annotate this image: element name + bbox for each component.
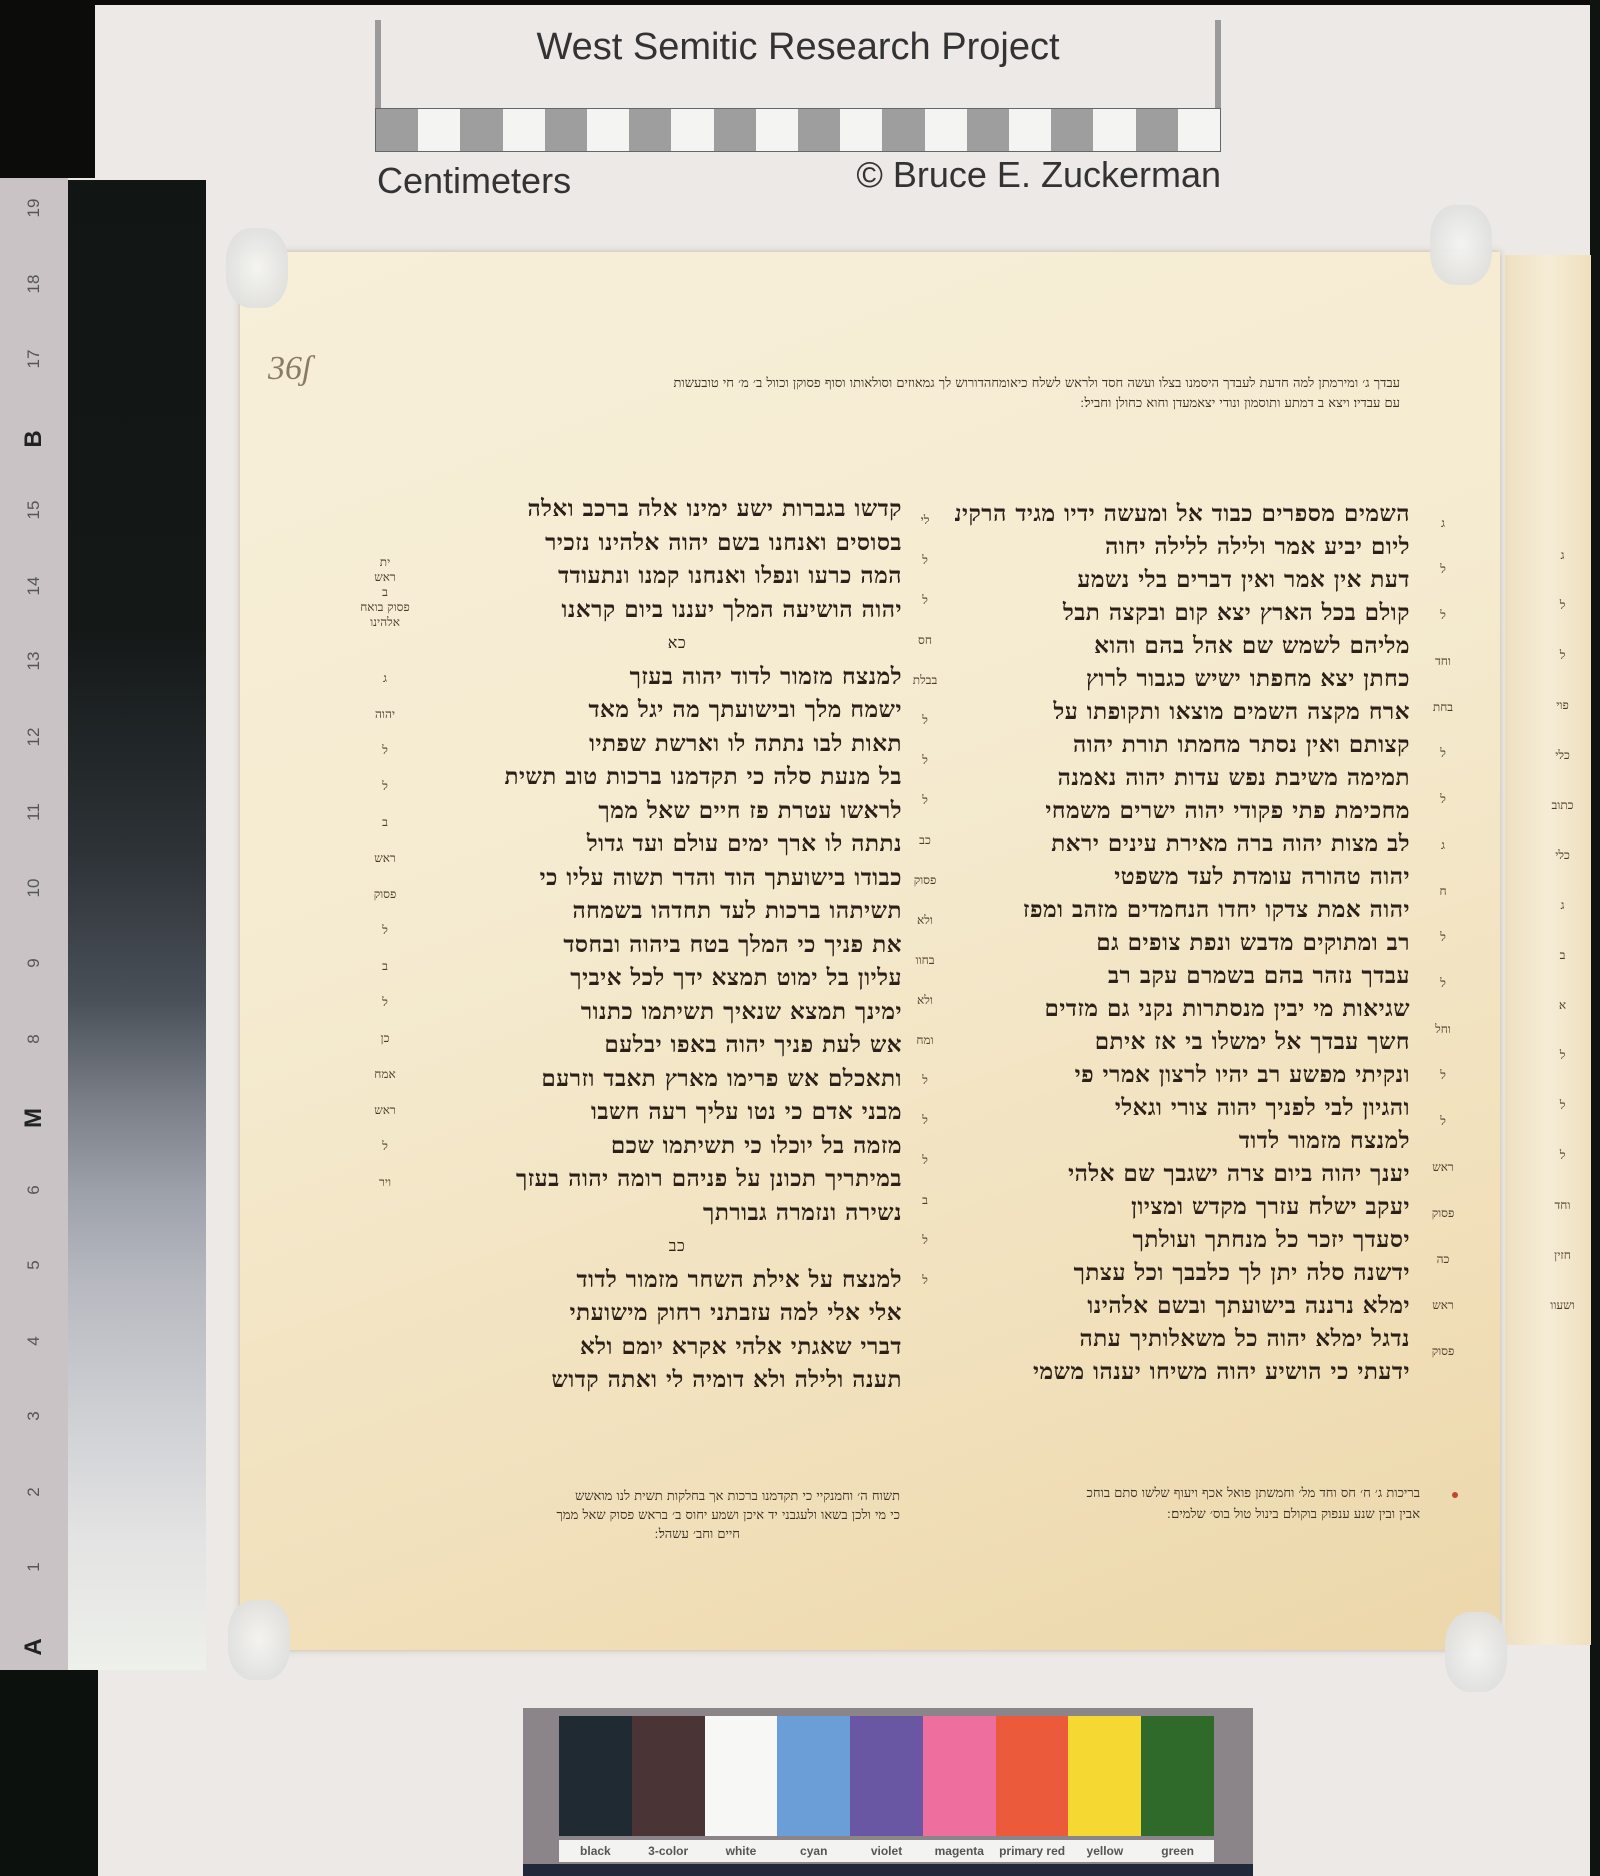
text-line: מליהם לשמש שם אהל בהם והוא <box>955 629 1410 662</box>
color-patch-label: primary red <box>996 1840 1069 1862</box>
ruler-tick-label: 13 <box>24 637 44 685</box>
ruler-tick-label: 4 <box>24 1317 44 1365</box>
ruler-tick-label: 9 <box>24 939 44 987</box>
target-base <box>523 1864 1253 1876</box>
red-dot-mark <box>1452 1492 1458 1498</box>
text-line: יהוה הושיעה המלך יעננו ביום קראנו <box>452 593 902 627</box>
margin-note: ולא <box>895 980 955 1020</box>
color-patch-label: green <box>1141 1840 1214 1862</box>
ruler-tick-label: 3 <box>24 1392 44 1440</box>
margin-note: ל <box>355 912 415 948</box>
margin-note: ל <box>1418 546 1468 592</box>
margin-note: ראש <box>355 1092 415 1128</box>
margin-note: ומח <box>895 1020 955 1060</box>
text-line: יסעדך יזכר כל מנחתך ועולתך <box>955 1223 1410 1256</box>
header-note-1: עבדך ג׳ ומירמתן למה חדעת לעבדך היסמנו בצ… <box>440 375 1400 391</box>
scale-square <box>1178 109 1220 151</box>
text-line: מזמה בל יוכלו כי תשיתמו שכם <box>452 1129 902 1163</box>
text-line: מבני אדם כי נטו עליך רעה חשבו <box>452 1095 902 1129</box>
footer-note-right-2: אבין ובין שנע ענפוק בוקולם בינול טול בוס… <box>960 1506 1420 1522</box>
ruler-tick-label: 14 <box>24 562 44 610</box>
margin-note: ג <box>1418 822 1468 868</box>
text-line: ארח מקצה השמים מוצאו ותקופתו על <box>955 695 1410 728</box>
scale-square <box>1136 109 1178 151</box>
black-corner-block <box>0 0 95 178</box>
scale-square <box>756 109 798 151</box>
text-line: ותאכלם אש פרימו מארץ תאבד וזרעם <box>452 1062 902 1096</box>
footer-note-left-2: כי מי ולכן בשאו ולעגבני יד איכן ושמע יחו… <box>440 1507 900 1523</box>
scale-square <box>629 109 671 151</box>
left-margin-notes: יתראשבפסוק בואחאלהינו <box>350 555 420 630</box>
units-label: Centimeters <box>377 160 571 202</box>
text-line: ידשנה סלה יתן לך כלבבך וכל עצתך <box>955 1256 1410 1289</box>
margin-note: בחת <box>1418 684 1468 730</box>
text-line: תשיתהו ברכות לעד תחדהו בשמחה <box>452 894 902 928</box>
margin-note: ל <box>1540 630 1585 680</box>
scale-square <box>376 109 418 151</box>
color-patch-label: cyan <box>777 1840 850 1862</box>
mount-tab <box>226 228 288 308</box>
footer-note-left-1: תשוח ה׳ וחמנקיי כי תקדמנו ברכות אך בחלקו… <box>440 1488 900 1504</box>
margin-note: ל <box>895 1260 955 1300</box>
margin-note: א <box>1540 980 1585 1030</box>
color-patch-label: magenta <box>923 1840 996 1862</box>
margin-note: ג <box>1540 880 1585 930</box>
margin-note: יהוה <box>355 696 415 732</box>
ruler-tick-label: B <box>20 415 48 463</box>
margin-note: פסוק <box>1418 1328 1468 1374</box>
text-line: למנצח מזמור לדוד יהוה בעזך <box>452 660 902 694</box>
text-line: בל מנעת סלה כי תקדמנו ברכות טוב תשית <box>452 760 902 794</box>
margin-note: ל <box>895 1100 955 1140</box>
margin-note: ב <box>1540 930 1585 980</box>
text-line: תמימה משיבת נפש עדות יהוה נאמנה <box>955 761 1410 794</box>
margin-note: ל <box>1418 592 1468 638</box>
color-patch-black <box>559 1716 632 1836</box>
margin-note: ל <box>1418 730 1468 776</box>
scale-square <box>967 109 1009 151</box>
text-line: אש לעת פניך יהוה באפו יבלעם <box>452 1028 902 1062</box>
ruler-tick-label: 6 <box>24 1166 44 1214</box>
color-patch-cyan <box>777 1716 850 1836</box>
margin-note: ל <box>1418 960 1468 1006</box>
ruler-tick-label: 5 <box>24 1241 44 1289</box>
margin-note: וחל <box>1418 1006 1468 1052</box>
frame-right-edge <box>1590 0 1600 1876</box>
text-line: כבודו בישועתך הוד והדר תשוה עליו כי <box>452 861 902 895</box>
color-patch-3-color <box>632 1716 705 1836</box>
text-line: המה כרעו ונפלו ואנחנו קמנו ונתעודד <box>452 559 902 593</box>
margin-note: ל <box>895 1140 955 1180</box>
text-line: תאות לבו נתתה לו וארשת שפתיו <box>452 727 902 761</box>
margin-note: ראש <box>350 570 420 585</box>
color-patch-yellow <box>1068 1716 1141 1836</box>
footer-note-right-1: בריכות ג׳ ח׳ חס וחד מל׳ וחמשתן פואל אכף … <box>960 1485 1420 1501</box>
text-line: ליום יביע אמר ולילה ללילה יחוה <box>955 530 1410 563</box>
ruler-tick-label: 12 <box>24 713 44 761</box>
scale-square <box>925 109 967 151</box>
color-patches <box>559 1716 1214 1836</box>
text-line: יהוה אמת צדקו יחדו הנחמדים מזהב ומפז <box>955 893 1410 926</box>
text-line: יענך יהוה ביום צרה ישגבך שם אלהי <box>955 1157 1410 1190</box>
color-patch-violet <box>850 1716 923 1836</box>
scale-square <box>503 109 545 151</box>
margin-note: ב <box>895 1180 955 1220</box>
margin-note: ולא <box>895 900 955 940</box>
margin-note: חזין <box>1540 1230 1585 1280</box>
margin-note: פסוק <box>1418 1190 1468 1236</box>
project-title: West Semitic Research Project <box>375 26 1221 69</box>
text-line: לב מצות יהוה ברה מאירת עינים יראת <box>955 827 1410 860</box>
margin-note: ל <box>1418 914 1468 960</box>
scale-square <box>418 109 460 151</box>
text-line: קדשו בגברות ישע ימינו אלה ברכב ואלה <box>452 492 902 526</box>
right-text-column: השמים מספרים כבוד אל ומעשה ידיו מגיד הרק… <box>955 497 1410 1388</box>
ruler-tick-label: 17 <box>24 335 44 383</box>
text-line: שגיאות מי יבין מנסתרות נקני גם מזדים <box>955 992 1410 1025</box>
margin-note: ל <box>895 780 955 820</box>
scale-square <box>671 109 713 151</box>
color-patch-primary-red <box>996 1716 1069 1836</box>
ruler-tick-label: 18 <box>24 260 44 308</box>
left-text-column: קדשו בגברות ישע ימינו אלה ברכב ואלהבסוסי… <box>452 492 902 1397</box>
margin-note: כה <box>1418 1236 1468 1282</box>
margin-note: ח <box>1418 868 1468 914</box>
margin-note: ב <box>355 804 415 840</box>
margin-note: ג <box>1540 530 1585 580</box>
margin-note: ג <box>1418 500 1468 546</box>
text-line: קולם בכל הארץ יצא קום ובקצה תבל <box>955 596 1410 629</box>
margin-note: ב <box>355 948 415 984</box>
text-line: חשך עבדך אל ימשלו בי אז איתם <box>955 1025 1410 1058</box>
margin-note: וחד <box>1418 638 1468 684</box>
psalm-number: כב <box>452 1229 902 1263</box>
text-line: למנצח על אילת השחר מזמור לדוד <box>452 1263 902 1297</box>
margin-note: כלי <box>1540 730 1585 780</box>
scale-square <box>714 109 756 151</box>
margin-note: פסוק <box>355 876 415 912</box>
text-line: במיתריך תכונן על פניהם רומה יהוה בעזך <box>452 1162 902 1196</box>
ruler-tick-label: 15 <box>24 486 44 534</box>
text-line: בסוסים ואנחנו בשם יהוה אלהינו נזכיר <box>452 526 902 560</box>
text-line: ימינך תמצא שנאיך תשיתמו כתנור <box>452 995 902 1029</box>
margin-note: ל <box>1540 1080 1585 1130</box>
margin-note: ל <box>1540 1130 1585 1180</box>
text-line: יהוה טהורה עומדת לעד משפטי <box>955 860 1410 893</box>
color-patch-label: 3-color <box>632 1840 705 1862</box>
text-line: נדגל ימלא יהוה כל משאלותיך עתה <box>955 1322 1410 1355</box>
ruler-tick-label: 10 <box>24 864 44 912</box>
margin-note: ל <box>1418 776 1468 822</box>
color-patch-labels: black3-colorwhitecyanvioletmagentaprimar… <box>559 1840 1214 1862</box>
text-line: מחכימת פתי פקודי יהוה ישרים משמחי <box>955 794 1410 827</box>
scale-squares <box>375 108 1221 152</box>
frame-top-edge <box>0 0 1600 5</box>
folio-number: 36ʃ <box>268 350 312 388</box>
text-line: נשירה ונזמרה גבורתך <box>452 1196 902 1230</box>
margin-note: ל <box>895 700 955 740</box>
text-line: נתתה לו ארך ימים עולם ועד גדול <box>452 827 902 861</box>
margin-note: ל <box>355 768 415 804</box>
scale-square <box>1051 109 1093 151</box>
text-line: ימלא נרננה בישועתך ובשם אלהינו <box>955 1289 1410 1322</box>
margin-note: אמח <box>355 1056 415 1092</box>
text-line: למנצח מזמור לדוד <box>955 1124 1410 1157</box>
text-line: אלי אלי למה עזבתני רחוק מישועתי <box>452 1296 902 1330</box>
margin-note: כלי <box>1540 830 1585 880</box>
ruler-tick-label: 19 <box>24 184 44 232</box>
margin-note: ל <box>355 1128 415 1164</box>
psalm-number: כא <box>452 626 902 660</box>
ruler-tick-label: M <box>20 1094 48 1142</box>
left-margin-masora: גיהוהללבראשפסוקלבלכןאמחראשלויר <box>355 660 415 1200</box>
color-patch-green <box>1141 1716 1214 1836</box>
text-line: דברי שאגתי אלהי אקרא יומם ולא <box>452 1330 902 1364</box>
margin-note: ית <box>350 555 420 570</box>
text-line: את פניך כי המלך בטח ביהוה ובחסד <box>452 928 902 962</box>
text-line: עליון בל ימוט תמצא ידך לכל איביך <box>452 961 902 995</box>
text-line: ונקיתי מפשע רב יהיו לרצון אמרי פי <box>955 1058 1410 1091</box>
text-line: ישמח מלך ובישועתך מה יגל מאד <box>452 693 902 727</box>
ruler-tick-label: 2 <box>24 1468 44 1516</box>
margin-note: פסוק בואח <box>350 600 420 615</box>
scale-square <box>882 109 924 151</box>
header-note-2: עם עבדיו׃ ויצא ב דמתע ותוסמון ונודי יצאמ… <box>440 395 1400 411</box>
margin-note: ל <box>355 732 415 768</box>
ruler-tick-label: 11 <box>24 788 44 836</box>
text-line: תענה ולילה ולא דומיה לי ואתה קדוש <box>452 1363 902 1397</box>
color-patch-label: black <box>559 1840 632 1862</box>
scale-square <box>798 109 840 151</box>
margin-note: פוי <box>1540 680 1585 730</box>
margin-note: ראש <box>1418 1282 1468 1328</box>
margin-note: בבלת <box>895 660 955 700</box>
margin-note: וחד <box>1540 1180 1585 1230</box>
margin-note: כן <box>355 1020 415 1056</box>
text-line: עבדך נזהר בהם בשמרם עקב רב <box>955 959 1410 992</box>
margin-note: ושעוו <box>1540 1280 1585 1330</box>
centimeter-ruler: 191817B15141312111098M654321A <box>0 178 68 1670</box>
text-line: והגיון לבי לפניך יהוה צורי וגאלי <box>955 1091 1410 1124</box>
margin-note: ל <box>895 580 955 620</box>
margin-note: ג <box>355 660 415 696</box>
text-line: דעת אין אמר ואין דברים בלי נשמע <box>955 563 1410 596</box>
margin-note: ב <box>350 585 420 600</box>
scale-square <box>840 109 882 151</box>
margin-note: ל <box>1418 1052 1468 1098</box>
margin-note: ויר <box>355 1164 415 1200</box>
ruler-tick-label: 8 <box>24 1015 44 1063</box>
scale-square <box>460 109 502 151</box>
scale-bar: West Semitic Research Project Centimeter… <box>375 20 1221 200</box>
black-corner-block <box>0 1670 98 1876</box>
ruler-tick-label: 1 <box>24 1543 44 1591</box>
margin-note: ראש <box>1418 1144 1468 1190</box>
margin-note: אלהינו <box>350 615 420 630</box>
color-patch-label: violet <box>850 1840 923 1862</box>
text-line: ידעתי כי הושיע יהוה משיחו יענהו משמי <box>955 1355 1410 1388</box>
text-line: קצותם ואין נסתר מחמתו תורת יהוה <box>955 728 1410 761</box>
margin-note: חס <box>895 620 955 660</box>
margin-note: כב <box>895 820 955 860</box>
right-margin-masora: גללוחדבחתללגחללוחלללראשפסוקכהראשפסוק <box>1418 500 1468 1374</box>
scale-square <box>587 109 629 151</box>
margin-note: ל <box>895 540 955 580</box>
margin-note: כתוב <box>1540 780 1585 830</box>
margin-note: ראש <box>355 840 415 876</box>
ruler-tick-label: A <box>20 1623 48 1671</box>
center-margin-masora: ליללחסבבלתלללכבפסוקולאבחווולאומחלללבלל <box>895 500 955 1300</box>
footer-note-left-3: חיים וחב׳ עשהל׃ ׃ <box>440 1526 740 1542</box>
margin-note: ל <box>895 1220 955 1260</box>
mount-tab <box>228 1600 290 1680</box>
color-calibration-target: black3-colorwhitecyanvioletmagentaprimar… <box>523 1708 1253 1876</box>
margin-note: בחוו <box>895 940 955 980</box>
margin-note: ל <box>1540 1030 1585 1080</box>
mount-tab <box>1445 1612 1507 1692</box>
next-page-masora: גללפויכליכתובכליגבאלללוחדחזיןושעוו <box>1540 530 1585 1330</box>
color-patch-label: yellow <box>1068 1840 1141 1862</box>
margin-note: לי <box>895 500 955 540</box>
mount-tab <box>1430 205 1492 285</box>
margin-note: ל <box>355 984 415 1020</box>
text-line: השמים מספרים כבוד אל ומעשה ידיו מגיד הרק… <box>955 497 1410 530</box>
scale-square <box>1009 109 1051 151</box>
grayscale-strip <box>68 180 206 1670</box>
color-patch-magenta <box>923 1716 996 1836</box>
margin-note: ל <box>1418 1098 1468 1144</box>
color-patch-label: white <box>705 1840 778 1862</box>
margin-note: ל <box>895 1060 955 1100</box>
text-line: כחתן יצא מחפתו ישיש כגבור לרוץ <box>955 662 1410 695</box>
text-line: רב ומתוקים מדבש ונפת צופים גם <box>955 926 1410 959</box>
margin-note: ל <box>1540 580 1585 630</box>
text-line: לראשו עטרת פז חיים שאל ממך <box>452 794 902 828</box>
color-patch-white <box>705 1716 778 1836</box>
scale-square <box>1093 109 1135 151</box>
scale-square <box>545 109 587 151</box>
text-line: יעקב ישלח עזרך מקדש ומציון <box>955 1190 1410 1223</box>
margin-note: פסוק <box>895 860 955 900</box>
copyright-label: © Bruce E. Zuckerman <box>856 154 1221 196</box>
margin-note: ל <box>895 740 955 780</box>
